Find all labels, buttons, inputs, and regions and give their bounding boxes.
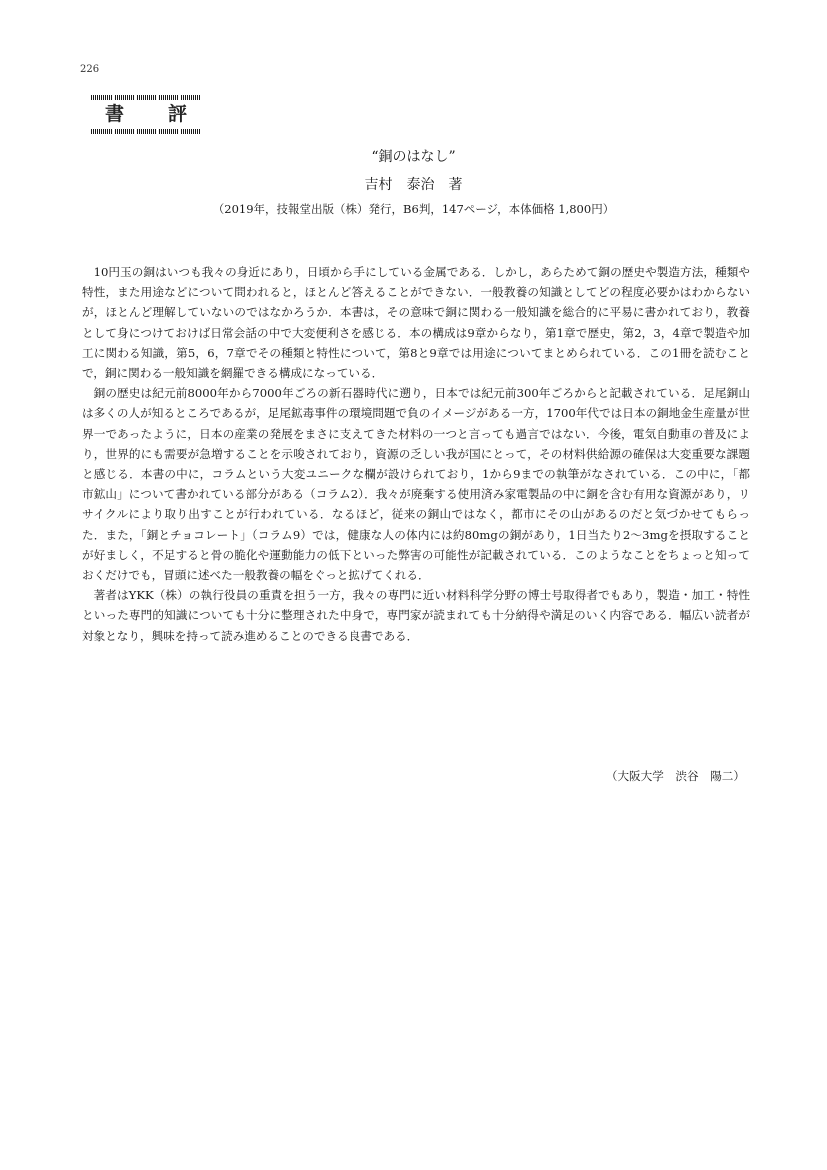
publication-info: （2019年，技報堂出版（株）発行，B6判，147ページ，本体価格 1,800円… <box>0 201 827 217</box>
review-paragraph-2: 銅の歴史は紀元前8000年から7000年ごろの新石器時代に遡り，日本では紀元前3… <box>82 383 750 585</box>
book-title: “銅のはなし” <box>0 146 827 166</box>
review-body: 10円玉の銅はいつも我々の身近にあり，日頃から手にしている金属である．しかし，あ… <box>82 262 750 646</box>
section-label-char-2: 評 <box>168 103 187 125</box>
section-label: 書 評 <box>91 103 201 125</box>
decorative-stripe-bottom <box>91 129 201 134</box>
review-paragraph-1: 10円玉の銅はいつも我々の身近にあり，日頃から手にしている金属である．しかし，あ… <box>82 262 750 383</box>
reviewer-signature: （大阪大学 渋谷 陽二） <box>606 768 745 784</box>
book-author: 吉村 泰治 著 <box>0 174 827 194</box>
section-header-book-review: 書 評 <box>91 95 201 135</box>
decorative-stripe-top <box>91 95 201 100</box>
section-label-char-1: 書 <box>105 103 124 125</box>
review-paragraph-3: 著者はYKK（株）の執行役員の重責を担う一方，我々の専門に近い材料科学分野の博士… <box>82 585 750 646</box>
page-number: 226 <box>80 64 99 75</box>
